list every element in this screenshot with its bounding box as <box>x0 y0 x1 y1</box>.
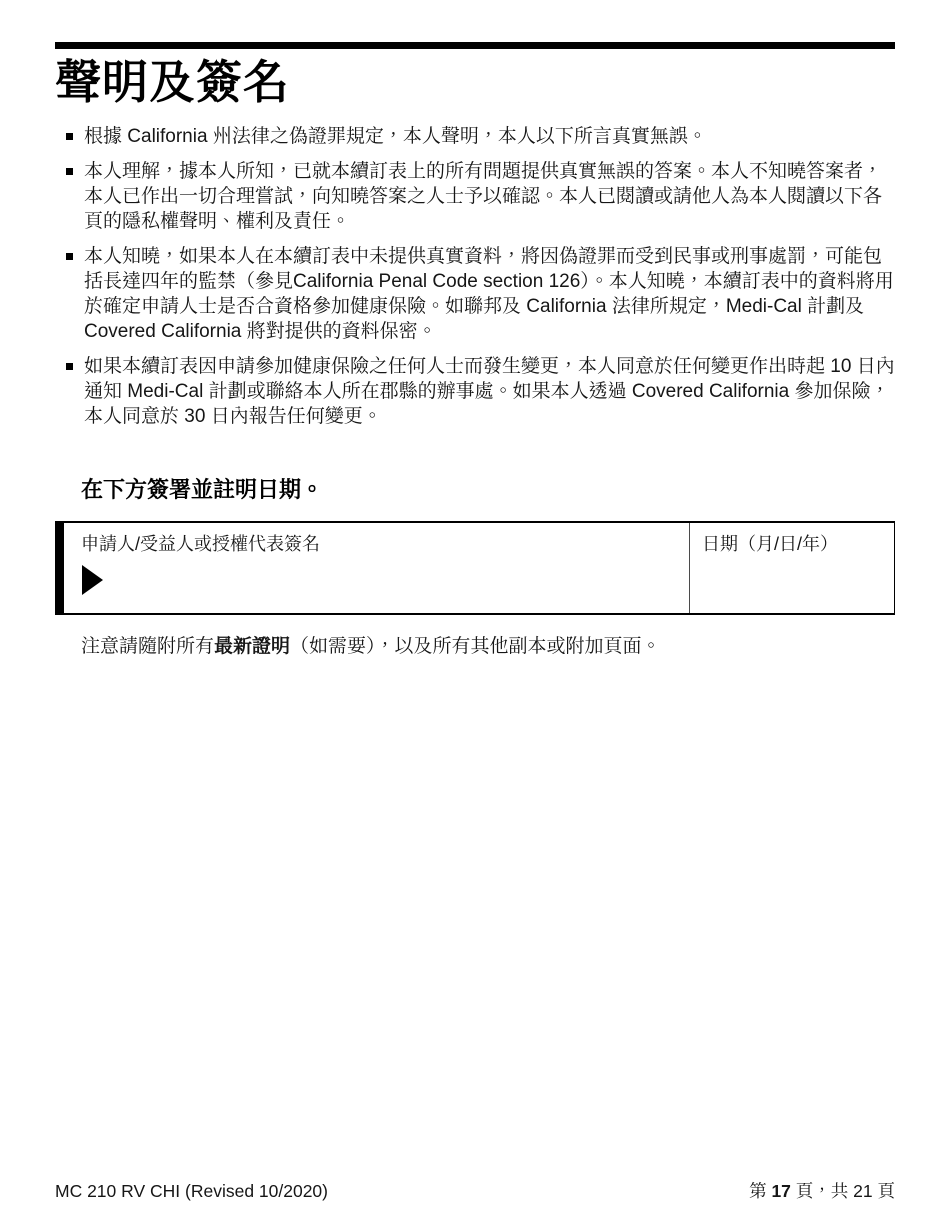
page-indicator: 第 17 頁，共 21 頁 <box>749 1178 895 1203</box>
declaration-item: 本人知曉，如果本人在本續訂表中未提供真實資料，將因偽證罪而受到民事或刑事處罰，可… <box>55 244 895 344</box>
declaration-item: 如果本續訂表因申請參加健康保險之任何人士而發生變更，本人同意於任何變更作出時起 … <box>55 354 895 429</box>
page-suffix: 頁 <box>873 1181 895 1201</box>
signature-table: 申請人/受益人或授權代表簽名 日期（月/日/年） <box>55 521 895 615</box>
page-middle: 頁，共 <box>791 1181 853 1201</box>
sign-date-instruction: 在下方簽署並註明日期。 <box>81 473 895 504</box>
page-footer: MC 210 RV CHI (Revised 10/2020) 第 17 頁，共… <box>55 1178 895 1203</box>
date-field[interactable]: 日期（月/日/年） <box>689 523 894 613</box>
note-suffix: （如需要），以及所有其他副本或附加頁面。 <box>290 636 661 657</box>
declaration-item: 本人理解，據本人所知，已就本續訂表上的所有問題提供真實無誤的答案。本人不知曉答案… <box>55 159 895 234</box>
note-prefix: 注意請隨附所有 <box>81 636 214 657</box>
note-bold: 最新證明 <box>214 636 290 657</box>
form-page: 聲明及簽名 根據 California 州法律之偽證罪規定，本人聲明，本人以下所… <box>55 42 895 659</box>
page-prefix: 第 <box>749 1181 771 1201</box>
signature-label: 申請人/受益人或授權代表簽名 <box>81 530 681 556</box>
declaration-list: 根據 California 州法律之偽證罪規定，本人聲明，本人以下所言真實無誤。… <box>55 124 895 429</box>
declaration-item: 根據 California 州法律之偽證罪規定，本人聲明，本人以下所言真實無誤。 <box>55 124 895 149</box>
date-label: 日期（月/日/年） <box>702 530 888 556</box>
form-number: MC 210 RV CHI (Revised 10/2020) <box>55 1181 328 1202</box>
sign-here-arrow-icon <box>82 565 103 595</box>
page-number: 17 <box>771 1181 790 1201</box>
signature-field[interactable]: 申請人/受益人或授權代表簽名 <box>64 523 689 613</box>
page-total: 21 <box>853 1181 872 1201</box>
attachments-note: 注意請隨附所有最新證明（如需要），以及所有其他副本或附加頁面。 <box>81 634 895 659</box>
header-rule <box>55 42 895 49</box>
page-title: 聲明及簽名 <box>55 57 895 108</box>
